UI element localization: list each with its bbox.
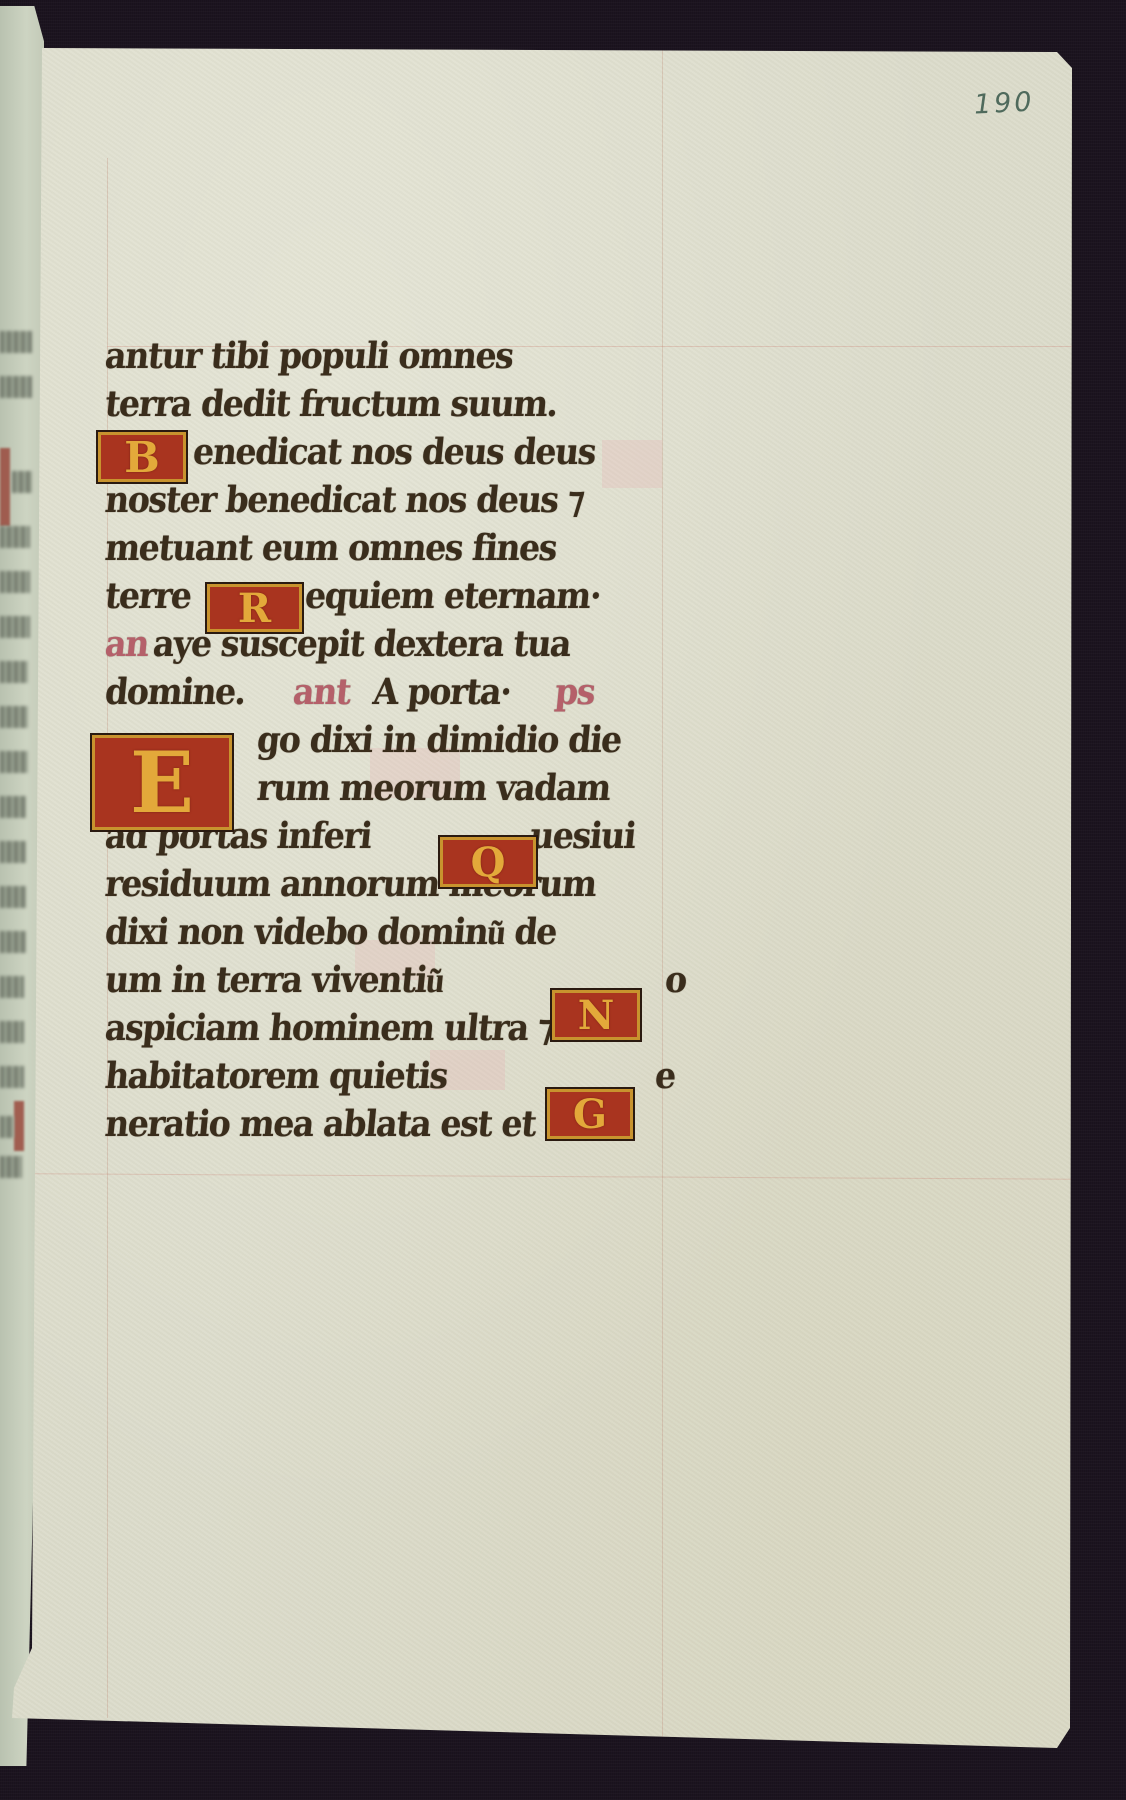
text-line-14a: um in terra viventiu͂ — [103, 959, 446, 1007]
text-line-15: aspiciam hominem ultra ⁊ — [103, 1007, 556, 1055]
text-line-9: go dixi in dimidio die — [255, 719, 623, 767]
text-line-8a: domine. — [103, 671, 248, 719]
text-line-2: terra dedit fructum suum. — [103, 383, 559, 431]
rubric-block — [14, 1101, 24, 1151]
text-line-13: dixi non videbo dominu͂ de — [103, 911, 558, 959]
blurred-text-line — [0, 886, 26, 908]
text-line-11b: uesiui — [528, 815, 637, 863]
text-line-8b: A porta· — [371, 671, 513, 719]
blurred-text-line — [0, 571, 30, 593]
ruling-vertical-right — [662, 48, 663, 1748]
blurred-text-line — [0, 526, 30, 548]
rubric-wash — [602, 440, 662, 488]
blurred-text-line — [0, 841, 26, 863]
rubric-block — [0, 448, 10, 526]
blurred-text-line — [0, 1066, 24, 1088]
illuminated-initial-N: N — [550, 988, 642, 1042]
blurred-text-line — [0, 376, 32, 398]
blurred-text-line — [0, 1021, 24, 1043]
illuminated-initial-Q: Q — [438, 835, 538, 889]
blurred-text-line — [0, 661, 28, 683]
blurred-text-line — [0, 1116, 14, 1138]
rubric-ant: ant — [291, 671, 352, 713]
blurred-text-line — [12, 471, 32, 493]
blurred-text-line — [0, 1156, 22, 1178]
illuminated-initial-R: R — [205, 582, 304, 634]
ruling-horizontal-bottom — [32, 1173, 1072, 1179]
text-line-4: noster benedicat nos deus ⁊ — [103, 479, 585, 527]
text-line-16a: habitatorem quietis — [103, 1055, 449, 1103]
text-line-17: neratio mea ablata est et — [103, 1103, 538, 1151]
rubric-ps: ps — [553, 671, 596, 713]
blurred-text-line — [0, 331, 32, 353]
blurred-text-line — [0, 616, 30, 638]
text-line-3: enedicat nos deus deus — [191, 431, 597, 479]
blurred-text-line — [0, 796, 26, 818]
blurred-text-line — [0, 976, 24, 998]
folio-number: 190 — [973, 86, 1035, 120]
illuminated-initial-B: B — [96, 430, 188, 484]
text-line-5: metuant eum omnes fines — [103, 527, 559, 575]
text-line-1: antur tibi populi omnes — [103, 335, 515, 383]
text-line-14b: o — [663, 959, 688, 1007]
text-line-10: rum meorum vadam — [255, 767, 612, 815]
blurred-text-line — [0, 706, 28, 728]
blurred-text-line — [0, 931, 26, 953]
blurred-text-line — [0, 751, 28, 773]
illuminated-initial-E: E — [90, 733, 234, 832]
text-line-6b: equiem eternam· — [303, 575, 602, 623]
text-line-6a: terre — [103, 575, 193, 623]
rubric-antiphon: an — [103, 623, 150, 665]
illuminated-initial-G: G — [545, 1087, 635, 1141]
